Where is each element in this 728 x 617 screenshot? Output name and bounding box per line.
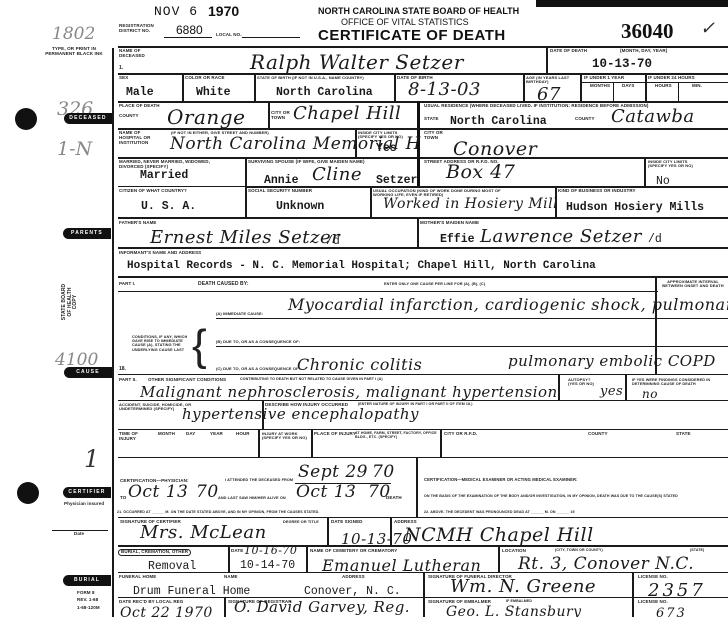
cemetery-label: NAME OF CEMETERY OR CREMATORY: [310, 549, 397, 554]
divider: [224, 597, 226, 617]
row-line: [118, 217, 728, 219]
death-word: DEATH: [386, 496, 402, 501]
divider: [580, 73, 582, 101]
received-stamp-date: NOV 6: [154, 4, 198, 19]
divider: [555, 186, 557, 217]
form-print-run: 1-68-120M: [77, 606, 100, 611]
street-value: Box 47: [446, 161, 515, 183]
father-value: Ernest Miles Setzer: [150, 227, 340, 248]
burial-date-hand: 10-16-70: [244, 544, 297, 557]
city-label: CITY OR TOWN: [271, 111, 291, 121]
under-1-year-label: IF UNDER 1 YEAR: [584, 76, 624, 81]
industry-label: KIND OF BUSINESS OR INDUSTRY: [558, 189, 636, 194]
divider: [394, 73, 396, 101]
pronounced-label: 22. ABOVE. THE DECEDENT WAS PRONOUNCED D…: [424, 511, 575, 515]
tab-deceased: DECEASED: [64, 113, 112, 124]
pencil-note-1: 1: [84, 445, 99, 473]
divider: [644, 157, 646, 187]
divider: [182, 73, 184, 101]
citizen-value: U. S. A.: [141, 200, 196, 213]
date-of-death-sublabel: (MONTH, DAY, YEAR): [620, 49, 667, 54]
embalmer-signature: Geo. L. Stansbury: [446, 604, 582, 617]
tab-burial: BURIAL: [63, 575, 111, 586]
date-signed-label: DATE SIGNED: [331, 520, 363, 525]
funeral-address-label: ADDRESS: [342, 575, 365, 580]
divider: [416, 457, 418, 517]
row-line: [118, 374, 728, 375]
divider: [440, 429, 442, 457]
divider: [417, 217, 419, 247]
sex-value: Male: [126, 86, 154, 99]
examiner-text: ON THE BASIS OF THE EXAMINATION OF THE B…: [424, 493, 724, 500]
local-no-label: LOCAL NO.: [216, 33, 242, 38]
row-line: [216, 346, 728, 347]
board-name: NORTH CAROLINA STATE BOARD OF HEALTH: [318, 6, 519, 16]
place-of-death-label: PLACE OF DEATH: [119, 104, 160, 109]
last-saw-label: AND LAST SAW HIM/HER ALIVE ON: [218, 496, 286, 500]
funeral-name-label: NAME: [224, 575, 238, 580]
date-of-death-label: DATE OF DEATH: [550, 49, 587, 54]
injury-city-label: CITY OR R.F.D.: [444, 432, 477, 437]
divider: [228, 545, 230, 572]
local-line: [242, 37, 300, 38]
location-state-sublabel: (STATE): [690, 549, 704, 553]
part-2-label: PART II.: [119, 378, 137, 383]
divider: [327, 517, 329, 545]
pencil-note-1n: 1-N: [57, 138, 92, 160]
state-of-birth-label: STATE OF BIRTH (IF NOT IN U.S.A., NAME C…: [257, 76, 365, 80]
divider: [370, 186, 372, 217]
row-line: [118, 291, 658, 292]
divider: [262, 400, 264, 429]
header-black-bar: [536, 0, 728, 7]
mother-label: MOTHER'S MAIDEN NAME: [420, 221, 479, 226]
physician-insured-label: Physician insured: [64, 502, 104, 507]
item-number: 1.: [119, 65, 123, 71]
attended-from-year: 70: [372, 462, 395, 482]
min-label: MIN.: [692, 84, 702, 89]
row-line: [118, 457, 728, 458]
res-state-label: STATE: [424, 117, 439, 122]
months-label: MONTHS: [590, 84, 610, 89]
brace: {: [192, 324, 207, 368]
row-line: [118, 186, 246, 187]
death-city-value: Chapel Hill: [293, 103, 401, 124]
row-line: [118, 597, 728, 598]
cause-c-value-2: pulmonary embolic COPD: [508, 352, 716, 370]
divider: [645, 73, 647, 101]
date-of-death-value: 10-13-70: [592, 57, 652, 71]
tab-certifier: CERTIFIER: [63, 487, 111, 498]
days-label: DAYS: [622, 84, 635, 89]
divider: [268, 101, 270, 128]
divider: [311, 429, 313, 457]
location-city-sublabel: (CITY, TOWN OR COUNTY): [555, 549, 603, 553]
death-county-value: Orange: [167, 105, 245, 129]
form-revision: REV. 1-68: [77, 598, 98, 603]
injury-county-label: COUNTY: [588, 432, 608, 437]
funeral-director-signature: Wm. N. Greene: [450, 576, 596, 597]
county-label: COUNTY: [119, 114, 139, 119]
date-of-birth-value: 8-13-03: [408, 79, 481, 100]
sex-label: SEX: [119, 76, 128, 81]
divider: [632, 572, 634, 617]
part-1-label: PART I.: [119, 282, 135, 287]
certificate-number: 36040: [621, 19, 674, 44]
divider: [306, 545, 308, 572]
injury-state-label: STATE: [676, 432, 691, 437]
state-of-birth-value: North Carolina: [276, 86, 373, 99]
attended-from-date: Sept 29: [298, 462, 368, 482]
cause-instruction: ENTER ONLY ONE CAUSE PER LINE FOR (a), (…: [384, 282, 485, 286]
disposition-label: BURIAL, CREMATION, OTHER: [118, 549, 191, 556]
certifier-signature: Mrs. McLean: [140, 522, 267, 543]
hospital-label: NAME OF HOSPITAL OR INSTITUTION: [119, 131, 157, 146]
inside-limits-value: Yes: [376, 142, 397, 155]
divider: [498, 545, 500, 572]
conditions-label: CONDITIONS, IF ANY, WHICH GAVE RISE TO I…: [132, 335, 188, 352]
mother-suffix: /d: [648, 233, 662, 246]
cause-a-label: (a) IMMEDIATE CAUSE:: [216, 312, 263, 316]
ink-instructions: TYPE, OR PRINT IN PERMANENT BLACK INK: [44, 46, 104, 56]
inside-limits-label: INSIDE CITY LIMITS (SPECIFY YES OR NO): [358, 131, 416, 140]
autopsy-label: AUTOPSY? (YES OR NO): [568, 378, 598, 387]
date-label: Date: [74, 532, 84, 537]
autopsy-value: yes: [600, 384, 623, 399]
place-of-injury-label: PLACE OF INJURY: [314, 432, 356, 437]
form-left-border: [112, 48, 114, 617]
degree-label: DEGREE OR TITLE: [283, 520, 319, 524]
divider: [613, 82, 614, 101]
ssn-value: Unknown: [276, 200, 324, 213]
mother-maiden-value: Lawrence Setzer: [480, 226, 642, 247]
cause-c-value: Chronic colitis: [297, 355, 422, 374]
race-label: COLOR OR RACE: [185, 76, 225, 81]
tab-cause: CAUSE: [64, 367, 112, 378]
time-day-label: DAY: [186, 432, 195, 437]
informant-value: Hospital Records - N. C. Memorial Hospit…: [127, 260, 596, 272]
tab-parents: PARENTS: [63, 228, 111, 239]
binder-hole-top: [15, 108, 37, 130]
time-month-label: MONTH: [158, 432, 175, 437]
divider: [678, 82, 679, 101]
deceased-name: Ralph Walter Setzer: [250, 50, 464, 74]
office-name: OFFICE OF VITAL STATISTICS: [341, 17, 469, 27]
describe-injury-sublabel: (ENTER NATURE OF INJURY IN PART I OR PAR…: [358, 403, 473, 407]
certificate-title: CERTIFICATE OF DEATH: [318, 27, 506, 44]
describe-injury-label: DESCRIBE HOW INJURY OCCURRED: [265, 403, 348, 408]
registration-district-label: REGISTRATION DISTRICT NO.: [119, 24, 174, 34]
res-city-label: CITY OR TOWN: [424, 131, 444, 141]
last-saw-date: Oct 13: [296, 482, 356, 502]
row-line: [118, 276, 728, 278]
res-inside-label: INSIDE CITY LIMITS (SPECIFY YES OR NO): [648, 160, 700, 169]
divider: [625, 374, 627, 400]
certifier-address-value: NCMH Chapel Hill: [404, 524, 594, 546]
recd-local-value: Oct 22 1970: [120, 605, 213, 617]
pencil-note-1802: 1802: [52, 24, 95, 44]
location-value: Rt. 3, Conover N.C.: [518, 554, 694, 574]
binder-hole-bottom: [17, 482, 39, 504]
item-number: 18.: [119, 366, 126, 372]
embalmer-license-label: LICENSE NO.: [638, 600, 668, 605]
attended-to-date: Oct 13: [128, 482, 188, 502]
father-label: FATHER'S NAME: [119, 221, 157, 226]
street-divider-thick: [417, 157, 420, 187]
time-of-injury-label: TIME OF INJURY: [119, 432, 141, 442]
res-state-value: North Carolina: [450, 115, 547, 128]
place-of-injury-sublabel: AT HOME, FARM, STREET, FACTORY, OFFICE B…: [355, 432, 437, 440]
divider: [558, 374, 560, 400]
row-line: [118, 517, 728, 518]
informant-label: INFORMANT'S NAME AND ADDRESS: [119, 251, 201, 256]
row-line: [118, 429, 728, 430]
findings-value: no: [642, 387, 658, 401]
attended-label: I ATTENDED THE DECEASED FROM: [225, 478, 293, 482]
row-line: [118, 400, 728, 401]
received-stamp-year: 1970: [208, 3, 239, 19]
divider: [254, 73, 256, 101]
ssn-label: SOCIAL SECURITY NUMBER: [248, 189, 312, 194]
divider: [258, 429, 260, 457]
registration-district-value: 6880: [176, 23, 203, 37]
findings-label: IF YES WERE FINDINGS CONSIDERED IN DETER…: [632, 378, 724, 386]
divider: [390, 517, 392, 545]
interval-label: APPROXIMATE INTERVAL BETWEEN ONSET AND D…: [660, 280, 726, 289]
divider: [523, 73, 525, 101]
citizen-label: CITIZEN OF WHAT COUNTRY?: [119, 189, 187, 194]
embalmer-license-value: 673: [656, 606, 687, 617]
cause-a-value: Myocardial infarction, cardiogenic shock…: [288, 295, 728, 314]
time-hour-label: HOUR: [236, 432, 250, 437]
row-line: [118, 247, 728, 249]
under-24-hours-label: IF UNDER 24 HOURS: [648, 76, 695, 81]
res-county-value: Catawba: [611, 106, 695, 127]
spouse-maiden-value: Cline: [312, 164, 362, 185]
cause-b-label: (b) DUE TO, OR AS A CONSEQUENCE OF:: [216, 340, 300, 344]
mother-first-value: Effie: [440, 233, 475, 246]
occurred-label: 21. OCCURRED AT ______ M. ON THE DATE ST…: [117, 511, 319, 515]
registrar-signature: O. David Garvey, Reg.: [234, 598, 410, 616]
industry-value: Hudson Hosiery Mills: [566, 201, 704, 214]
state-board-copy-label: STATE BOARD OF HEALTH COPY: [62, 282, 79, 322]
attended-to-year: 70: [196, 482, 219, 502]
divider: [355, 128, 357, 157]
res-county-label: COUNTY: [575, 117, 595, 122]
burial-date-typed: 10-14-70: [240, 559, 295, 572]
name-label: NAME OF DECEASED: [119, 49, 149, 59]
registration-line: [164, 37, 212, 38]
marital-value: Married: [140, 169, 188, 182]
burial-date-label: DATE: [231, 549, 243, 554]
form-number: FORM 8: [77, 591, 95, 596]
occupation-value: Worked in Hosiery Mill: [383, 196, 558, 212]
divider: [546, 46, 548, 73]
other-conditions-value: Malignant nephrosclerosis, malignant hyp…: [140, 383, 558, 401]
divider: [423, 572, 425, 617]
row-line: [216, 318, 728, 319]
funeral-home-label: FUNERAL HOME: [119, 575, 156, 580]
checkmark-icon: ✓: [700, 18, 715, 39]
injury-at-work-label: INJURY AT WORK (SPECIFY YES OR NO): [262, 432, 308, 441]
to-label: TO: [120, 496, 126, 501]
examiner-cert-label: CERTIFICATION—MEDICAL EXAMINER OR ACTING…: [424, 478, 578, 483]
time-year-label: YEAR: [210, 432, 223, 437]
row-line: [118, 545, 728, 547]
cause-c-label: (c) DUE TO, OR AS A CONSEQUENCE OF:: [216, 367, 300, 371]
other-conditions-sublabel: CONTRIBUTING TO DEATH BUT NOT RELATED TO…: [240, 378, 383, 382]
hours-label: HOURS: [655, 84, 672, 89]
death-caused-by-label: DEATH CAUSED BY:: [198, 282, 249, 288]
race-value: White: [196, 86, 231, 99]
